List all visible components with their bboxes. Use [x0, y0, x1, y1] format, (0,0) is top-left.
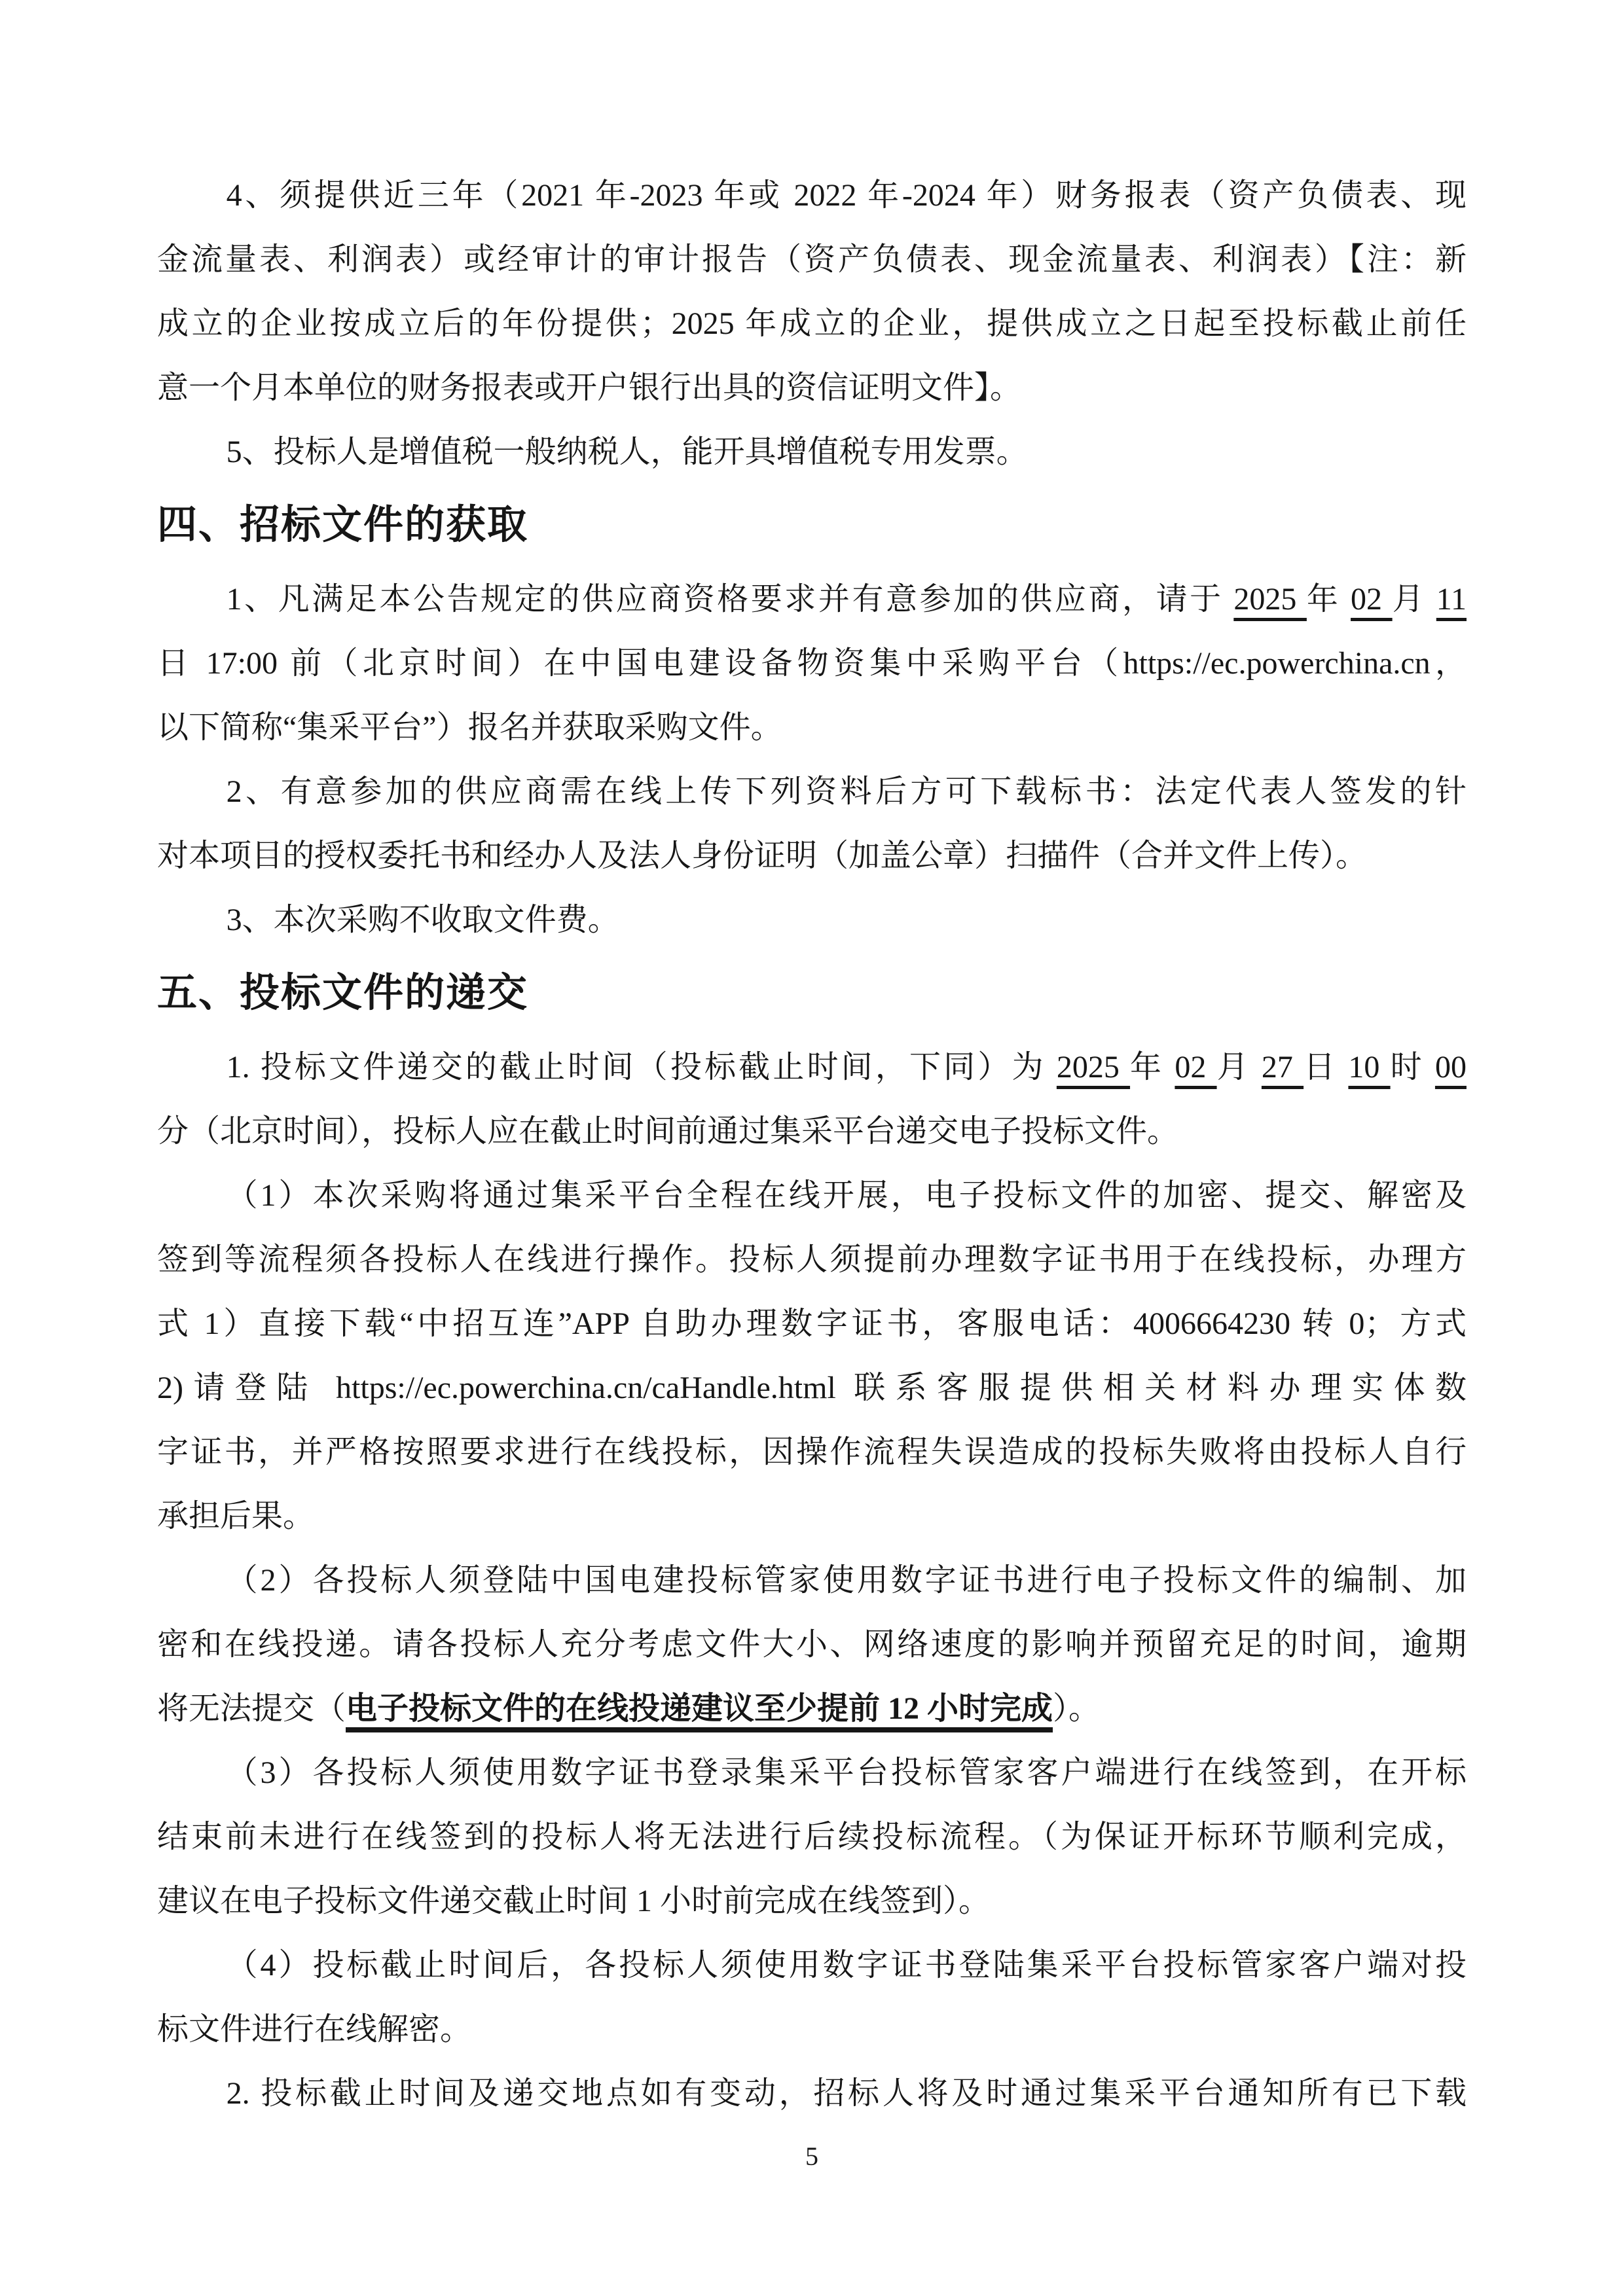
text-line: 标文件进行在线解密。 [157, 1998, 1467, 2062]
text-line: 式 1）直接下载“中招互连”APP 自助办理数字证书，客服电话：40066642… [157, 1292, 1467, 1356]
text-run: （4）投标截止时间后，各投标人须使用数字证书登陆集采平台投标管家客户端对投 [227, 1948, 1467, 1982]
text-run: 时 [1391, 1050, 1435, 1085]
text-line: 建议在电子投标文件递交截止时间 1 小时前完成在线签到）。 [157, 1869, 1467, 1933]
underlined-date-value: 00 [1435, 1050, 1467, 1085]
underlined-date-value: 27 [1262, 1050, 1304, 1085]
text-run: 建议在电子投标文件递交截止时间 1 小时前完成在线签到）。 [157, 1884, 990, 1918]
emphasis-underlined-text: 电子投标文件的在线投递建议至少提前 12 小时完成 [346, 1691, 1053, 1726]
text-run: ）。 [1053, 1691, 1100, 1726]
text-run: 2、有意参加的供应商需在线上传下列资料后方可下载标书：法定代表人签发的针 [227, 774, 1467, 809]
text-line: 将无法提交（电子投标文件的在线投递建议至少提前 12 小时完成）。 [157, 1677, 1467, 1741]
text-run: 意一个月本单位的财务报表或开户银行出具的资信证明文件】。 [157, 370, 1021, 405]
text-line: 1、凡满足本公告规定的供应商资格要求并有意参加的供应商，请于 2025 年 02… [157, 567, 1467, 632]
text-run: 以下简称“集采平台”）报名并获取采购文件。 [157, 710, 782, 745]
text-run: 成立的企业按成立后的年份提供；2025 年成立的企业，提供成立之日起至投标截止前… [157, 306, 1467, 341]
text-line: （4）投标截止时间后，各投标人须使用数字证书登陆集采平台投标管家客户端对投 [157, 1933, 1467, 1998]
text-line: 密和在线投递。请各投标人充分考虑文件大小、网络速度的影响并预留充足的时间，逾期 [157, 1613, 1467, 1677]
text-run: 2. 投标截止时间及递交地点如有变动，招标人将及时通过集采平台通知所有已下载 [227, 2076, 1467, 2111]
text-line: （3）各投标人须使用数字证书登录集采平台投标管家客户端进行在线签到，在开标 [157, 1741, 1467, 1805]
text-run: 五、投标文件的递交 [157, 971, 528, 1015]
text-line: 1. 投标文件递交的截止时间（投标截止时间，下同）为 2025 年 02 月 2… [157, 1035, 1467, 1100]
section-heading-bid-submission: 五、投标文件的递交 [157, 961, 1467, 1026]
text-line: 金流量表、利润表）或经审计的审计报告（资产负债表、现金流量表、利润表）【注：新 [157, 228, 1467, 292]
text-line: 5、投标人是增值税一般纳税人，能开具增值税专用发票。 [157, 420, 1467, 484]
text-run: 3、本次采购不收取文件费。 [227, 903, 619, 937]
underlined-date-value: 11 [1436, 582, 1467, 617]
text-line: 对本项目的授权委托书和经办人及法人身份证明（加盖公章）扫描件（合并文件上传）。 [157, 824, 1467, 888]
page-number: 5 [157, 2134, 1467, 2179]
text-line: 成立的企业按成立后的年份提供；2025 年成立的企业，提供成立之日起至投标截止前… [157, 292, 1467, 356]
text-run: 年 [1130, 1050, 1175, 1085]
text-run: 对本项目的授权委托书和经办人及法人身份证明（加盖公章）扫描件（合并文件上传）。 [157, 838, 1367, 873]
text-run: 结束前未进行在线签到的投标人将无法进行后续投标流程。（为保证开标环节顺利完成， [157, 1820, 1467, 1854]
text-line: 意一个月本单位的财务报表或开户银行出具的资信证明文件】。 [157, 356, 1467, 420]
text-line: 分（北京时间），投标人应在截止时间前通过集采平台递交电子投标文件。 [157, 1100, 1467, 1164]
text-line: 以下简称“集采平台”）报名并获取采购文件。 [157, 696, 1467, 760]
text-line: 字证书，并严格按照要求进行在线投标，因操作流程失误造成的投标失败将由投标人自行 [157, 1420, 1467, 1484]
text-run: 标文件进行在线解密。 [157, 2012, 471, 2047]
text-run: 月 [1393, 582, 1436, 617]
underlined-date-value: 02 [1351, 582, 1393, 617]
text-run: 5、投标人是增值税一般纳税人，能开具增值税专用发票。 [227, 435, 1028, 469]
text-run: 将无法提交（ [157, 1691, 346, 1726]
text-line: 4、须提供近三年（2021 年-2023 年或 2022 年-2024 年）财务… [157, 164, 1467, 228]
underlined-date-value: 02 [1175, 1050, 1216, 1085]
text-line: 2)请登陆 https://ec.powerchina.cn/caHandle.… [157, 1356, 1467, 1420]
text-run: 分（北京时间），投标人应在截止时间前通过集采平台递交电子投标文件。 [157, 1114, 1178, 1149]
text-line: 2. 投标截止时间及递交地点如有变动，招标人将及时通过集采平台通知所有已下载 [157, 2062, 1467, 2126]
document-page: 4、须提供近三年（2021 年-2023 年或 2022 年-2024 年）财务… [0, 0, 1623, 2296]
text-run: 四、招标文件的获取 [157, 503, 528, 547]
text-run: 签到等流程须各投标人在线进行操作。投标人须提前办理数字证书用于在线投标，办理方 [157, 1242, 1467, 1277]
text-run: 4、须提供近三年（2021 年-2023 年或 2022 年-2024 年）财务… [227, 178, 1467, 213]
text-run: 承担后果。 [157, 1499, 314, 1534]
text-line: 2、有意参加的供应商需在线上传下列资料后方可下载标书：法定代表人签发的针 [157, 760, 1467, 824]
text-run: 2)请登陆 https://ec.powerchina.cn/caHandle.… [157, 1371, 1467, 1405]
text-run: 密和在线投递。请各投标人充分考虑文件大小、网络速度的影响并预留充足的时间，逾期 [157, 1627, 1467, 1662]
text-run: 月 [1217, 1050, 1262, 1085]
text-run: 式 1）直接下载“中招互连”APP 自助办理数字证书，客服电话：40066642… [157, 1306, 1467, 1341]
text-run: （1）本次采购将通过集采平台全程在线开展，电子投标文件的加密、提交、解密及 [227, 1178, 1467, 1213]
text-run: 日 [1304, 1050, 1348, 1085]
text-run: 字证书，并严格按照要求进行在线投标，因操作流程失误造成的投标失败将由投标人自行 [157, 1435, 1467, 1469]
text-line: 3、本次采购不收取文件费。 [157, 888, 1467, 952]
text-run: 1、凡满足本公告规定的供应商资格要求并有意参加的供应商，请于 [227, 582, 1234, 617]
section-heading-doc-acquisition: 四、招标文件的获取 [157, 493, 1467, 558]
underlined-date-value: 2025 [1057, 1050, 1130, 1085]
text-run: （2）各投标人须登陆中国电建投标管家使用数字证书进行电子投标文件的编制、加 [227, 1563, 1467, 1598]
text-run: 日 17:00 前（北京时间）在中国电建设备物资集中采购平台（https://e… [157, 646, 1467, 681]
text-line: 日 17:00 前（北京时间）在中国电建设备物资集中采购平台（https://e… [157, 632, 1467, 696]
text-line: 承担后果。 [157, 1484, 1467, 1549]
text-line: （1）本次采购将通过集采平台全程在线开展，电子投标文件的加密、提交、解密及 [157, 1164, 1467, 1228]
underlined-date-value: 2025 [1233, 582, 1307, 617]
text-line: 结束前未进行在线签到的投标人将无法进行后续投标流程。（为保证开标环节顺利完成， [157, 1805, 1467, 1869]
text-line: 签到等流程须各投标人在线进行操作。投标人须提前办理数字证书用于在线投标，办理方 [157, 1228, 1467, 1292]
text-run: 年 [1307, 582, 1351, 617]
text-run: 金流量表、利润表）或经审计的审计报告（资产负债表、现金流量表、利润表）【注：新 [157, 242, 1467, 277]
underlined-date-value: 10 [1348, 1050, 1390, 1085]
text-line: （2）各投标人须登陆中国电建投标管家使用数字证书进行电子投标文件的编制、加 [157, 1549, 1467, 1613]
document-lines: 4、须提供近三年（2021 年-2023 年或 2022 年-2024 年）财务… [157, 164, 1467, 2126]
text-run: （3）各投标人须使用数字证书登录集采平台投标管家客户端进行在线签到，在开标 [227, 1755, 1467, 1790]
text-run: 1. 投标文件递交的截止时间（投标截止时间，下同）为 [227, 1050, 1057, 1085]
